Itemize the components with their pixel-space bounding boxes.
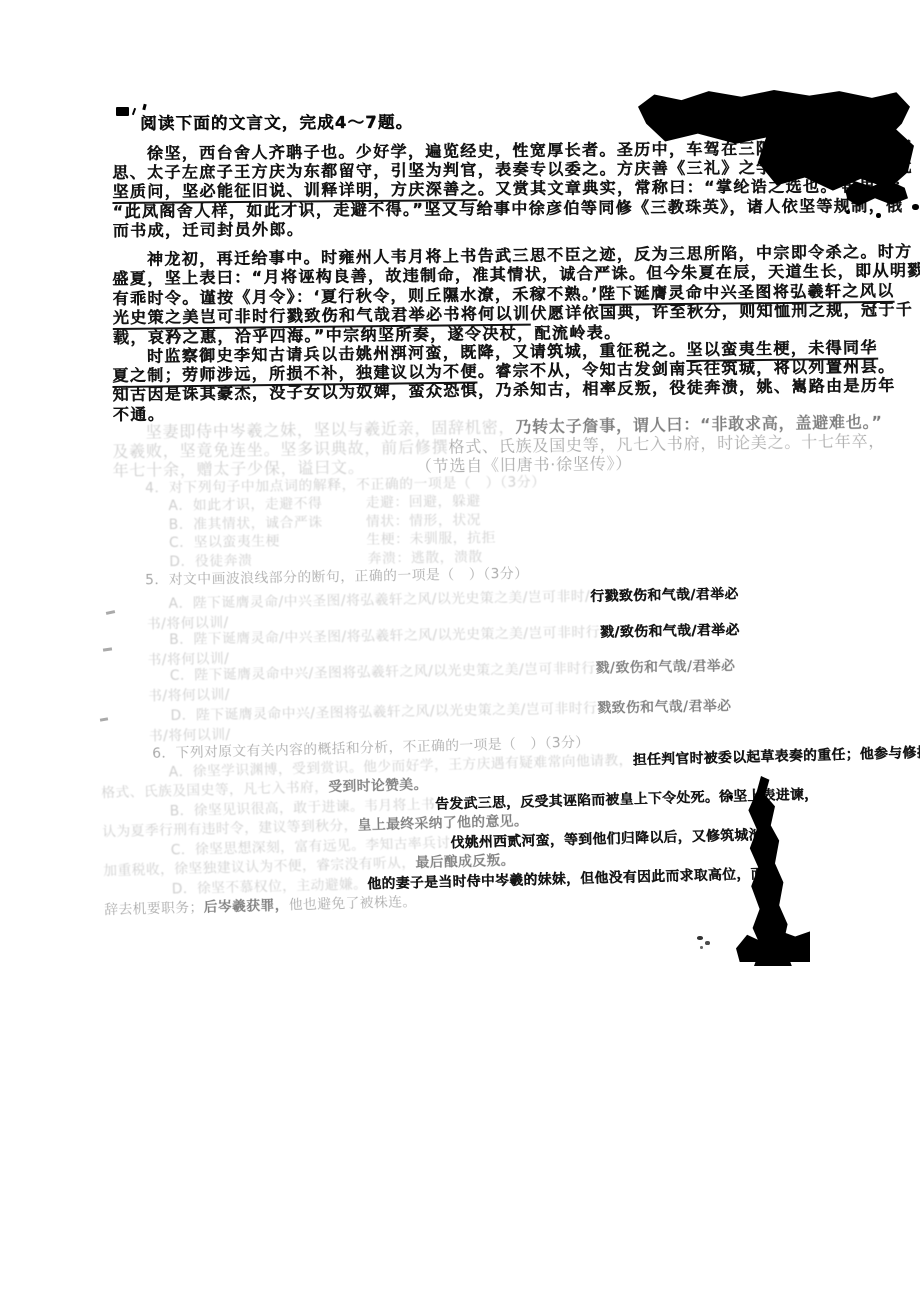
block-q6: 6．下列对原文有关内容的概括和分析，不正确的一项是（ ）（3分）A．徐坚学识渊博… (112, 724, 912, 745)
scan-margin-mark (103, 647, 112, 651)
scanned-exam-page: 阅读下面的文言文，完成4～7题。 徐坚，西台舍人齐聃子也。少好学，遍览经史，性宽… (0, 0, 920, 1302)
text-line: 书/将何以训/ (148, 685, 230, 707)
block-p4: 坚妻即侍中岑羲之妹，坚以与羲近亲，固辞机密，乃转太子詹事，谓人曰：“非敢求高，盖… (112, 412, 912, 423)
scan-apostrophe-mark (142, 104, 146, 111)
scan-tick-mark (132, 108, 136, 115)
scan-torn-edge-foot (736, 928, 810, 962)
scan-margin-mark (106, 610, 115, 615)
scan-speck (876, 213, 881, 218)
block-p2: 神龙初，再迁给事中。时雍州人韦月将上书告武三思不臣之迹，反为三思所陷，中宗即令杀… (112, 242, 912, 250)
scan-smudge (697, 936, 703, 940)
scan-speck (912, 204, 919, 210)
scan-margin-mark (100, 717, 108, 721)
text-line: B．陛下诞膺灵命/中兴圣图/将弘羲轩之风/以光史策之美/岂可非时行戮/致伤和气哉… (169, 620, 740, 651)
scan-smudge (705, 941, 710, 945)
text-line: 阅读下面的文言文，完成4～7题。 (140, 112, 413, 134)
scan-speck (729, 795, 733, 799)
text-line: 而书成，迁司封员外郎。 (113, 219, 305, 242)
text-line: C．陛下诞膺灵命中兴/圣图将弘羲轩之风/以光史策之美/岂可非时行戮/致伤和气哉/… (170, 656, 736, 687)
text-line: D．陛下诞膺灵命中兴/圣图将弘羲轩之风/以光史策之美/岂可非时行戮致伤和气哉/君… (170, 696, 731, 727)
scan-speck (846, 210, 850, 214)
scan-corner-mark (116, 107, 129, 116)
scan-smudge (700, 946, 703, 949)
text-line: 辞去机要职务；后岑羲获罪，他也避免了被株连。 (104, 892, 417, 921)
